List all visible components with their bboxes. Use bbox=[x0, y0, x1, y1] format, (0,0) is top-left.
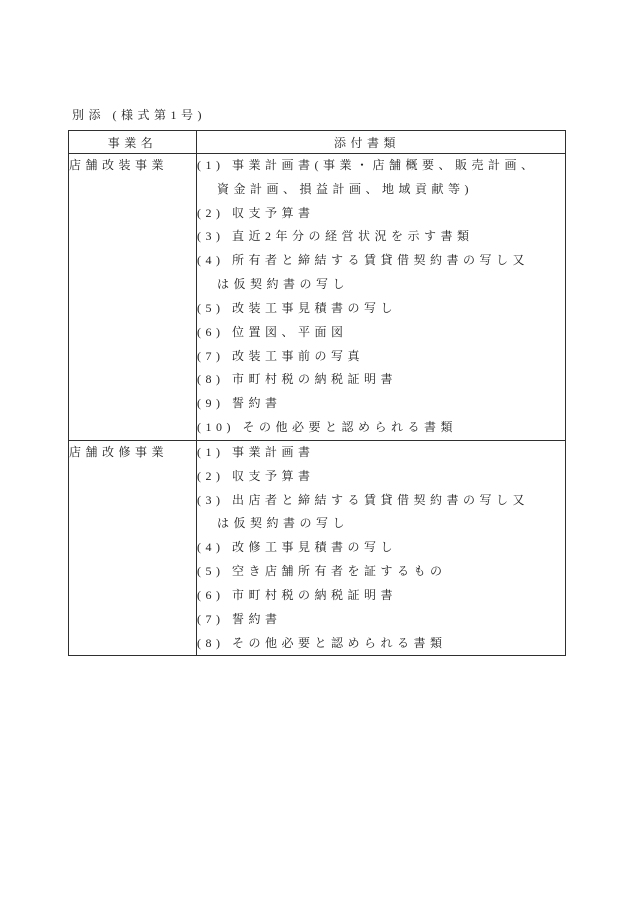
documents-cell: (1) 事業計画書(事業・店舗概要、販売計画、資金計画、損益計画、地域貢献等)(… bbox=[197, 154, 566, 441]
document-line: (9) 誓約書 bbox=[197, 392, 565, 416]
document-line: (2) 収支予算書 bbox=[197, 202, 565, 226]
document-line-continuation: 資金計画、損益計画、地域貢献等) bbox=[197, 178, 565, 202]
business-name-cell: 店舗改修事業 bbox=[69, 440, 197, 655]
document-line: (8) 市町村税の納税証明書 bbox=[197, 368, 565, 392]
business-name-cell: 店舗改装事業 bbox=[69, 154, 197, 441]
document-line: (5) 空き店舗所有者を証するもの bbox=[197, 560, 565, 584]
document-line: (6) 市町村税の納税証明書 bbox=[197, 584, 565, 608]
document-page: 別添 (様式第1号) 事業名 添付書類 店舗改装事業 (1) 事業計画書(事業・… bbox=[0, 0, 630, 915]
document-line: (8) その他必要と認められる書類 bbox=[197, 632, 565, 656]
document-line: (4) 所有者と締結する賃貸借契約書の写し又 bbox=[197, 249, 565, 273]
document-line: (1) 事業計画書(事業・店舗概要、販売計画、 bbox=[197, 154, 565, 178]
document-line: (10) その他必要と認められる書類 bbox=[197, 416, 565, 440]
document-line-continuation: は仮契約書の写し bbox=[197, 273, 565, 297]
attachment-form-heading: 別添 (様式第1号) bbox=[72, 106, 206, 123]
attached-documents-table: 事業名 添付書類 店舗改装事業 (1) 事業計画書(事業・店舗概要、販売計画、資… bbox=[68, 130, 566, 656]
document-line: (1) 事業計画書 bbox=[197, 441, 565, 465]
document-line: (3) 出店者と締結する賃貸借契約書の写し又 bbox=[197, 489, 565, 513]
document-line: (2) 収支予算書 bbox=[197, 465, 565, 489]
document-line-continuation: は仮契約書の写し bbox=[197, 512, 565, 536]
document-line: (5) 改装工事見積書の写し bbox=[197, 297, 565, 321]
col-header-business-name: 事業名 bbox=[69, 131, 197, 154]
document-line: (4) 改修工事見積書の写し bbox=[197, 536, 565, 560]
document-line: (7) 誓約書 bbox=[197, 608, 565, 632]
document-line: (7) 改装工事前の写真 bbox=[197, 345, 565, 369]
col-header-attached-documents: 添付書類 bbox=[197, 131, 566, 154]
table-row: 店舗改修事業 (1) 事業計画書(2) 収支予算書(3) 出店者と締結する賃貸借… bbox=[69, 440, 566, 655]
documents-cell: (1) 事業計画書(2) 収支予算書(3) 出店者と締結する賃貸借契約書の写し又… bbox=[197, 440, 566, 655]
table-row: 店舗改装事業 (1) 事業計画書(事業・店舗概要、販売計画、資金計画、損益計画、… bbox=[69, 154, 566, 441]
table-header-row: 事業名 添付書類 bbox=[69, 131, 566, 154]
document-line: (6) 位置図、平面図 bbox=[197, 321, 565, 345]
document-line: (3) 直近2年分の経営状況を示す書類 bbox=[197, 225, 565, 249]
